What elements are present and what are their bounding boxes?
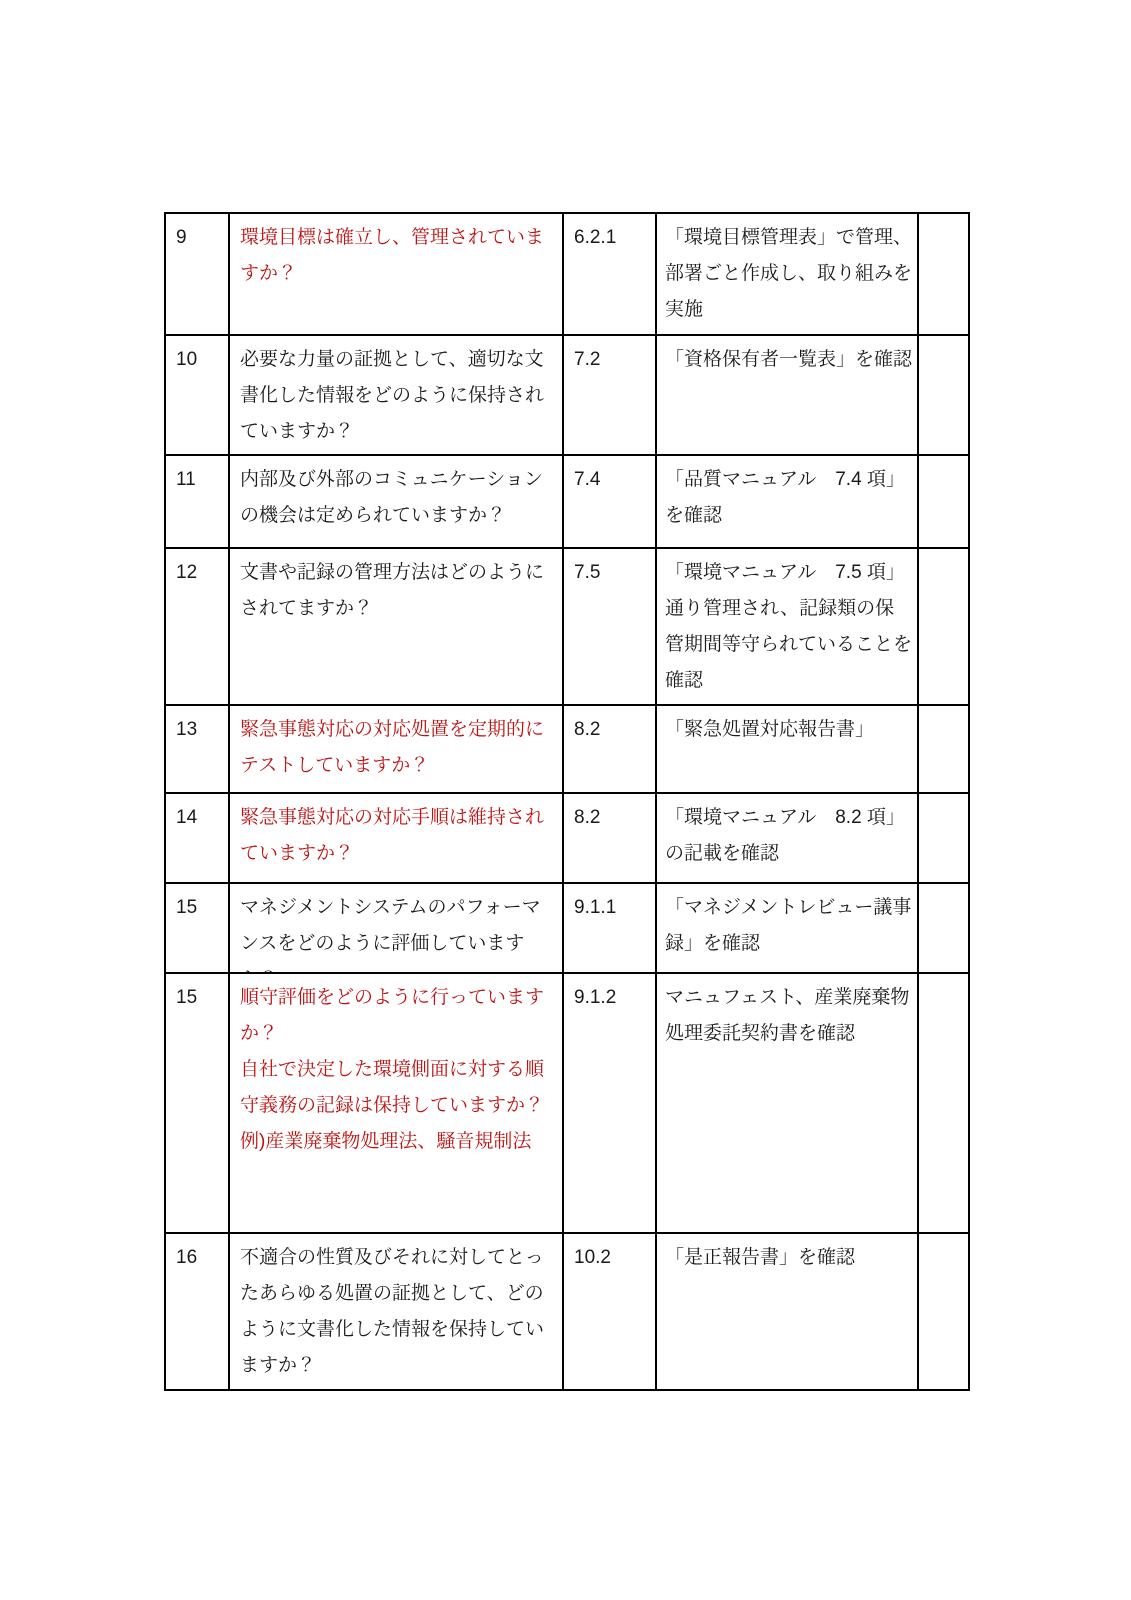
row-number-text: 15 xyxy=(176,897,197,918)
table-row: 12 文書や記録の管理方法はどのようにされてますか？ 7.5 「環境マニュアル … xyxy=(166,549,968,706)
clause-cell: 9.1.2 xyxy=(564,974,657,1232)
table-row: 13 緊急事態対応の対応処置を定期的にテストしていますか？ 8.2 「緊急処置対… xyxy=(166,706,968,794)
question-text: 緊急事態対応の対応手順は維持されていますか？ xyxy=(240,807,544,864)
question-cell: マネジメントシステムのパフォーマンスをどのように評価していますか？ xyxy=(230,884,564,972)
check-cell xyxy=(919,456,968,547)
question-cell: 不適合の性質及びそれに対してとったあらゆる処置の証拠として、どのように文書化した… xyxy=(230,1234,564,1389)
row-number-text: 11 xyxy=(176,469,196,490)
check-cell xyxy=(919,549,968,704)
table-row: 16 不適合の性質及びそれに対してとったあらゆる処置の証拠として、どのように文書… xyxy=(166,1234,968,1389)
question-text: 不適合の性質及びそれに対してとったあらゆる処置の証拠として、どのように文書化した… xyxy=(240,1247,544,1376)
question-text: 必要な力量の証拠として、適切な文書化した情報をどのように保持されていますか？ xyxy=(240,349,544,442)
check-cell xyxy=(919,794,968,882)
clause-cell: 7.4 xyxy=(564,456,657,547)
clause-text: 7.4 xyxy=(574,469,600,490)
evidence-cell: 「環境目標管理表」で管理、部署ごと作成し、取り組みを実施 xyxy=(657,214,919,334)
evidence-text: 「環境マニュアル 8.2 項」の記載を確認 xyxy=(665,807,905,864)
table-row: 11 内部及び外部のコミュニケーションの機会は定められていますか？ 7.4 「品… xyxy=(166,456,968,549)
clause-cell: 7.5 xyxy=(564,549,657,704)
question-cell: 緊急事態対応の対応手順は維持されていますか？ xyxy=(230,794,564,882)
evidence-cell: 「マネジメントレビュー議事録」を確認 xyxy=(657,884,919,972)
clause-text: 8.2 xyxy=(574,807,600,828)
clause-cell: 10.2 xyxy=(564,1234,657,1389)
row-number-cell: 10 xyxy=(166,336,230,454)
check-cell xyxy=(919,336,968,454)
question-text: 環境目標は確立し、管理されていますか？ xyxy=(240,227,544,284)
clause-cell: 6.2.1 xyxy=(564,214,657,334)
table-row: 10 必要な力量の証拠として、適切な文書化した情報をどのように保持されていますか… xyxy=(166,336,968,456)
question-cell: 順守評価をどのように行っていますか？ 自社で決定した環境側面に対する順守義務の記… xyxy=(230,974,564,1232)
clause-cell: 8.2 xyxy=(564,794,657,882)
evidence-cell: 「環境マニュアル 8.2 項」の記載を確認 xyxy=(657,794,919,882)
row-number-text: 14 xyxy=(176,807,197,828)
evidence-cell: マニュフェスト、産業廃棄物処理委託契約書を確認 xyxy=(657,974,919,1232)
clause-text: 9.1.1 xyxy=(574,897,616,918)
question-cell: 内部及び外部のコミュニケーションの機会は定められていますか？ xyxy=(230,456,564,547)
evidence-text: 「資格保有者一覧表」を確認 xyxy=(665,349,912,370)
question-text: 順守評価をどのように行っていますか？ 自社で決定した環境側面に対する順守義務の記… xyxy=(240,987,544,1152)
question-cell: 必要な力量の証拠として、適切な文書化した情報をどのように保持されていますか？ xyxy=(230,336,564,454)
evidence-cell: 「環境マニュアル 7.5 項」通り管理され、記録類の保管期間等守られていることを… xyxy=(657,549,919,704)
row-number-cell: 9 xyxy=(166,214,230,334)
row-number-text: 15 xyxy=(176,987,197,1008)
row-number-cell: 12 xyxy=(166,549,230,704)
evidence-text: 「環境目標管理表」で管理、部署ごと作成し、取り組みを実施 xyxy=(665,227,912,320)
row-number-text: 12 xyxy=(176,562,197,583)
clause-cell: 9.1.1 xyxy=(564,884,657,972)
clause-text: 8.2 xyxy=(574,719,600,740)
question-text: 文書や記録の管理方法はどのようにされてますか？ xyxy=(240,562,544,619)
row-number-text: 16 xyxy=(176,1247,197,1268)
evidence-text: 「品質マニュアル 7.4 項」を確認 xyxy=(665,469,905,526)
question-cell: 緊急事態対応の対応処置を定期的にテストしていますか？ xyxy=(230,706,564,792)
table-row: 14 緊急事態対応の対応手順は維持されていますか？ 8.2 「環境マニュアル 8… xyxy=(166,794,968,884)
row-number-text: 13 xyxy=(176,719,197,740)
clause-cell: 8.2 xyxy=(564,706,657,792)
evidence-text: 「是正報告書」を確認 xyxy=(665,1247,855,1268)
row-number-cell: 13 xyxy=(166,706,230,792)
evidence-text: マニュフェスト、産業廃棄物処理委託契約書を確認 xyxy=(665,987,909,1044)
question-text: マネジメントシステムのパフォーマンスをどのように評価していますか？ xyxy=(240,897,541,972)
row-number-cell: 16 xyxy=(166,1234,230,1389)
row-number-text: 9 xyxy=(176,227,187,248)
check-cell xyxy=(919,214,968,334)
question-text: 内部及び外部のコミュニケーションの機会は定められていますか？ xyxy=(240,469,543,526)
check-cell xyxy=(919,706,968,792)
check-cell xyxy=(919,884,968,972)
evidence-cell: 「資格保有者一覧表」を確認 xyxy=(657,336,919,454)
evidence-text: 「マネジメントレビュー議事録」を確認 xyxy=(665,897,911,954)
table-row: 15 順守評価をどのように行っていますか？ 自社で決定した環境側面に対する順守義… xyxy=(166,974,968,1234)
question-cell: 文書や記録の管理方法はどのようにされてますか？ xyxy=(230,549,564,704)
question-cell: 環境目標は確立し、管理されていますか？ xyxy=(230,214,564,334)
table-row: 15 マネジメントシステムのパフォーマンスをどのように評価していますか？ 9.1… xyxy=(166,884,968,974)
clause-text: 10.2 xyxy=(574,1247,611,1268)
clause-text: 9.1.2 xyxy=(574,987,616,1008)
clause-text: 7.2 xyxy=(574,349,600,370)
evidence-cell: 「品質マニュアル 7.4 項」を確認 xyxy=(657,456,919,547)
row-number-cell: 14 xyxy=(166,794,230,882)
check-cell xyxy=(919,1234,968,1389)
check-cell xyxy=(919,974,968,1232)
document-page: 9 環境目標は確立し、管理されていますか？ 6.2.1 「環境目標管理表」で管理… xyxy=(0,0,1131,1600)
audit-checklist-table: 9 環境目標は確立し、管理されていますか？ 6.2.1 「環境目標管理表」で管理… xyxy=(164,212,970,1391)
evidence-cell: 「緊急処置対応報告書」 xyxy=(657,706,919,792)
clause-cell: 7.2 xyxy=(564,336,657,454)
table-row: 9 環境目標は確立し、管理されていますか？ 6.2.1 「環境目標管理表」で管理… xyxy=(166,214,968,336)
clause-text: 6.2.1 xyxy=(574,227,616,248)
evidence-cell: 「是正報告書」を確認 xyxy=(657,1234,919,1389)
row-number-cell: 15 xyxy=(166,884,230,972)
row-number-text: 10 xyxy=(176,349,197,370)
evidence-text: 「環境マニュアル 7.5 項」通り管理され、記録類の保管期間等守られていることを… xyxy=(665,562,912,691)
row-number-cell: 11 xyxy=(166,456,230,547)
evidence-text: 「緊急処置対応報告書」 xyxy=(665,719,874,740)
clause-text: 7.5 xyxy=(574,562,600,583)
question-text: 緊急事態対応の対応処置を定期的にテストしていますか？ xyxy=(240,719,544,776)
row-number-cell: 15 xyxy=(166,974,230,1232)
